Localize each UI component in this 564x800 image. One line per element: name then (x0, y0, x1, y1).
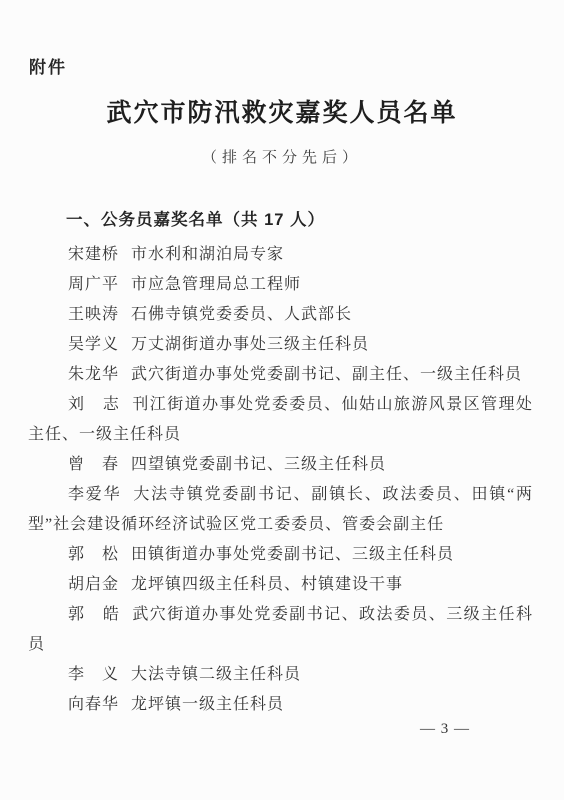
person-name: 李 义 (68, 666, 131, 683)
list-item: 朱龙华武穴街道办事处党委副书记、副主任、一级主任科员 (28, 360, 533, 390)
person-name: 曾 春 (68, 456, 131, 473)
person-name: 李爱华 (68, 486, 133, 503)
ranking-note: （排名不分先后） (0, 146, 564, 167)
person-name: 胡启金 (68, 576, 131, 593)
list-item: 李 义大法寺镇二级主任科员 (28, 660, 533, 690)
person-name: 郭 皓 (68, 606, 132, 623)
person-name: 宋建桥 (68, 246, 131, 263)
list-item: 胡启金龙坪镇四级主任科员、村镇建设干事 (28, 570, 533, 600)
section-heading: 一、公务员嘉奖名单（共 17 人） (66, 206, 325, 230)
page-number: — 3 — (420, 718, 470, 740)
person-name: 王映涛 (68, 306, 131, 323)
person-name: 朱龙华 (68, 366, 131, 383)
person-name: 刘 志 (68, 396, 132, 413)
person-position: 市水利和湖泊局专家 (131, 246, 284, 263)
person-position: 大法寺镇二级主任科员 (131, 666, 301, 683)
list-item: 周广平市应急管理局总工程师 (28, 270, 533, 300)
person-position: 龙坪镇一级主任科员 (131, 696, 284, 713)
person-position: 武穴街道办事处党委副书记、副主任、一级主任科员 (131, 366, 522, 383)
list-item: 向春华龙坪镇一级主任科员 (28, 690, 533, 720)
list-item: 郭 皓武穴街道办事处党委副书记、政法委员、三级主任科员 (28, 600, 533, 660)
list-item: 刘 志刊江街道办事处党委委员、仙姑山旅游风景区管理处主任、一级主任科员 (28, 390, 533, 450)
person-name: 向春华 (68, 696, 131, 713)
list-item: 郭 松田镇街道办事处党委副书记、三级主任科员 (28, 540, 533, 570)
person-position: 石佛寺镇党委委员、人武部长 (131, 306, 352, 323)
person-position: 田镇街道办事处党委副书记、三级主任科员 (131, 546, 454, 563)
person-position: 四望镇党委副书记、三级主任科员 (131, 456, 386, 473)
award-list: 宋建桥市水利和湖泊局专家 周广平市应急管理局总工程师 王映涛石佛寺镇党委委员、人… (28, 240, 533, 720)
person-position: 龙坪镇四级主任科员、村镇建设干事 (131, 576, 403, 593)
person-name: 郭 松 (68, 546, 131, 563)
list-item: 曾 春四望镇党委副书记、三级主任科员 (28, 450, 533, 480)
document-page: 附件 武穴市防汛救灾嘉奖人员名单 （排名不分先后） 一、公务员嘉奖名单（共 17… (0, 0, 564, 800)
list-item: 吴学义万丈湖街道办事处三级主任科员 (28, 330, 533, 360)
list-item: 宋建桥市水利和湖泊局专家 (28, 240, 533, 270)
person-position: 市应急管理局总工程师 (131, 276, 301, 293)
attachment-label: 附件 (29, 53, 67, 78)
person-position: 万丈湖街道办事处三级主任科员 (131, 336, 369, 353)
document-title: 武穴市防汛救灾嘉奖人员名单 (0, 93, 564, 129)
list-item: 李爱华大法寺镇党委副书记、副镇长、政法委员、田镇“两型”社会建设循环经济试验区党… (28, 480, 533, 540)
person-name: 吴学义 (68, 336, 131, 353)
list-item: 王映涛石佛寺镇党委委员、人武部长 (28, 300, 533, 330)
person-name: 周广平 (68, 276, 131, 293)
